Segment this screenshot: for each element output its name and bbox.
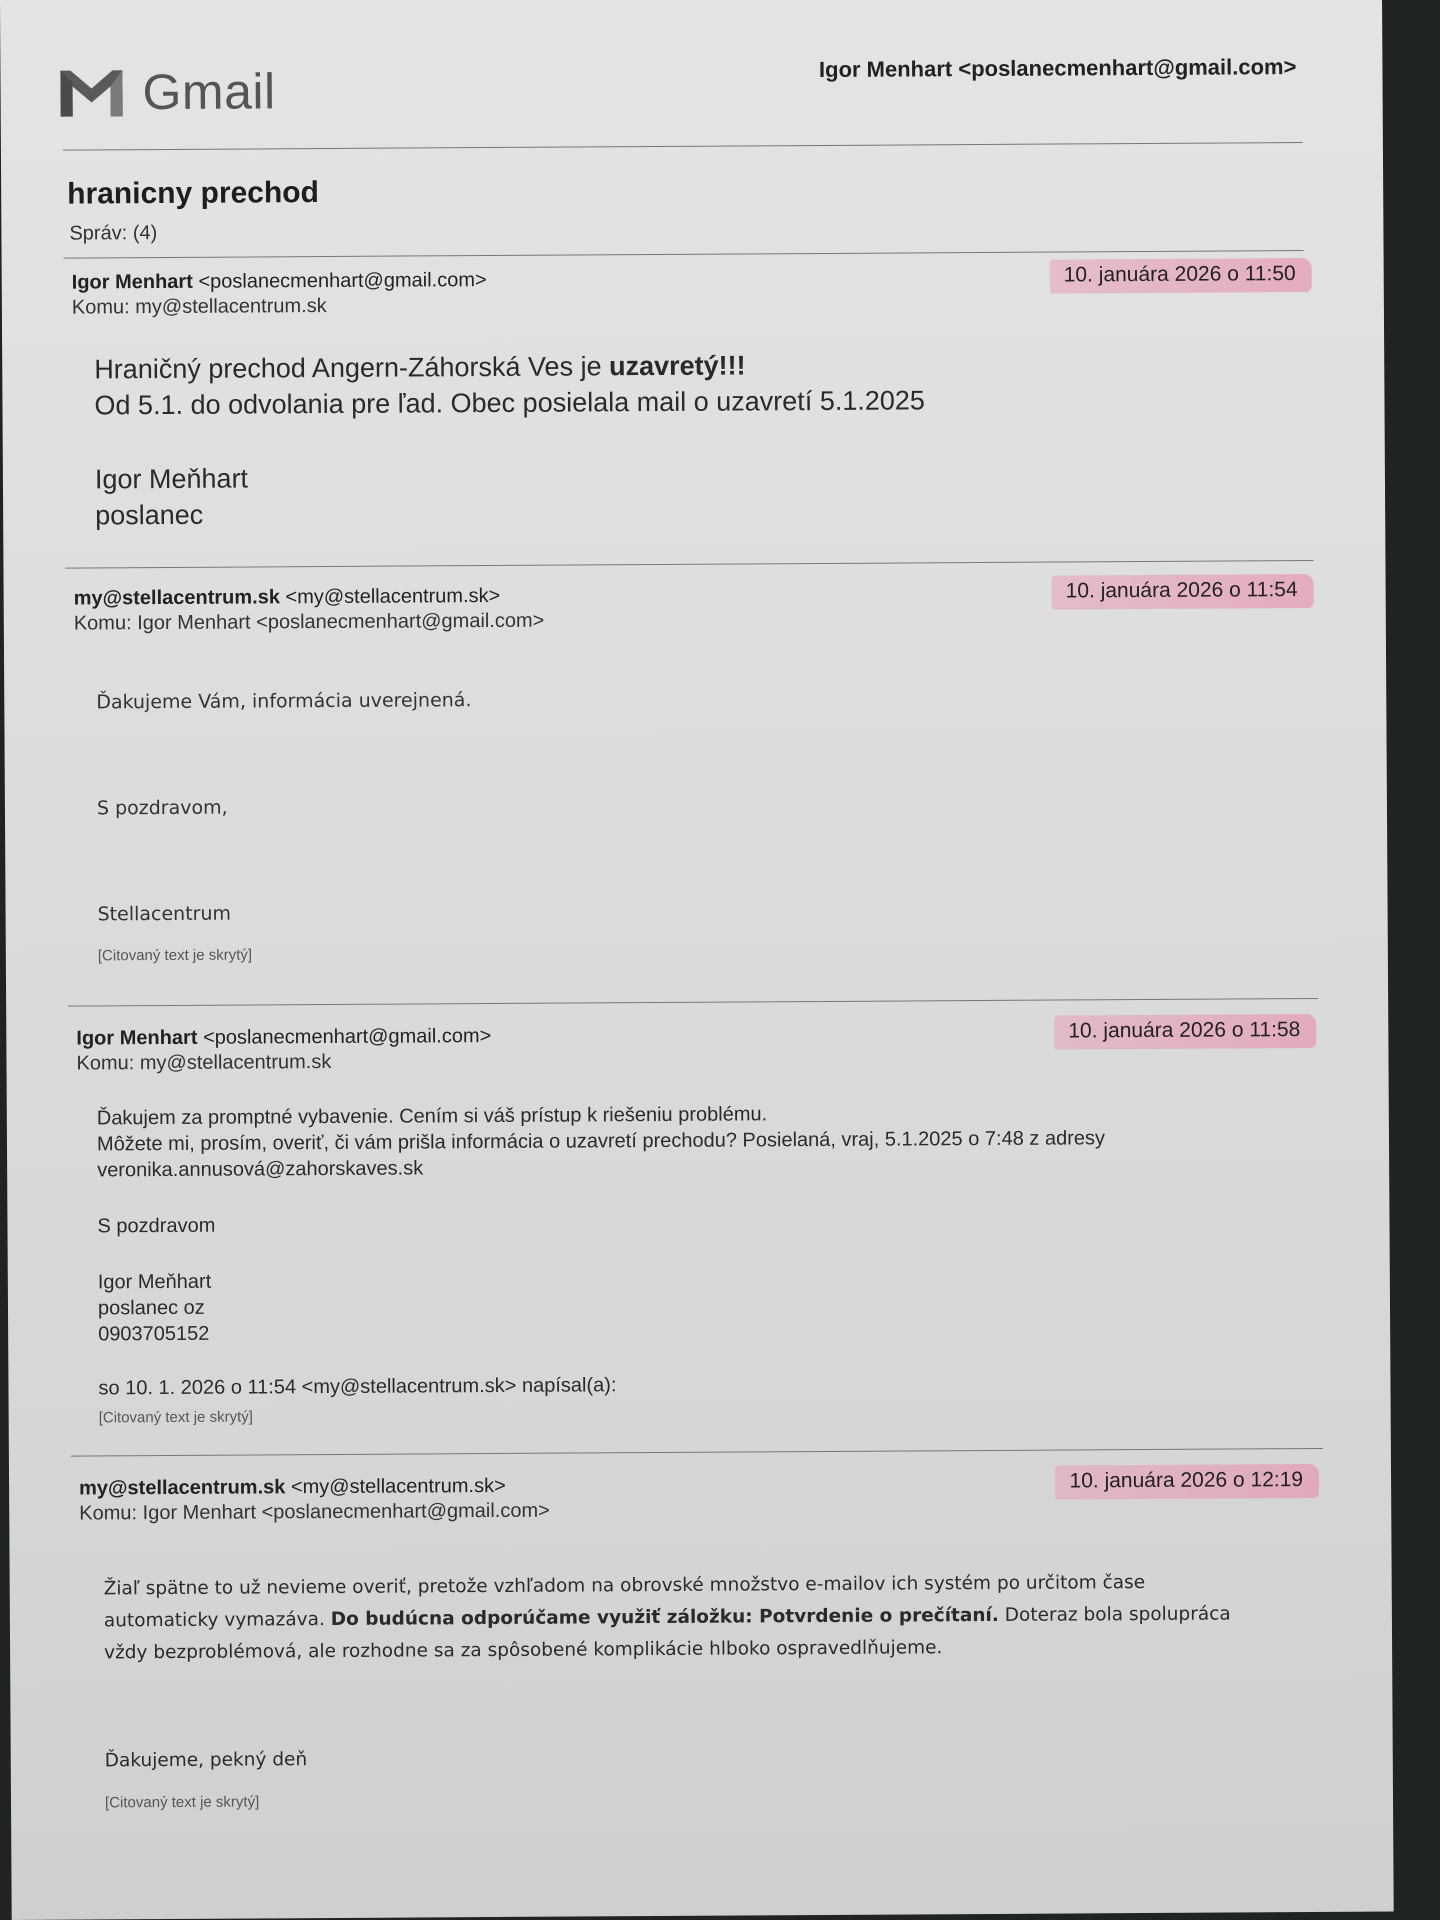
sender-name: Igor Menhart — [72, 271, 193, 294]
message-body: Ďakujeme Vám, informácia uverejnená. S p… — [96, 684, 1346, 965]
message-2: 10. januára 2026 o 11:54 my@stellacentru… — [74, 580, 1346, 965]
divider — [63, 142, 1303, 151]
sender-email: <my@stellacentrum.sk> — [285, 585, 500, 608]
greeting: S pozdravom — [97, 1206, 1347, 1240]
divider — [64, 250, 1304, 259]
message-body: Hraničný prechod Angern-Záhorská Ves je … — [94, 344, 1343, 534]
message-recipient: Komu: Igor Menhart <poslanecmenhart@gmai… — [79, 1495, 1349, 1526]
print-header: Gmail Igor Menhart <poslanecmenhart@gmai… — [56, 54, 1296, 142]
message-1: 10. januára 2026 o 11:50 Igor Menhart <p… — [72, 264, 1344, 534]
gmail-m-icon — [56, 64, 126, 120]
message-date: 10. januára 2026 o 11:50 — [1050, 258, 1312, 294]
sender-name: my@stellacentrum.sk — [79, 1476, 285, 1499]
quoted-text-toggle[interactable]: [Citovaný text je skrytý] — [99, 1398, 1349, 1432]
thread-subject: hranicny prechod — [67, 176, 319, 212]
divider — [71, 1448, 1323, 1457]
reply-header: so 10. 1. 2026 o 11:54 <my@stellacentrum… — [98, 1368, 1348, 1402]
quoted-text-toggle[interactable]: [Citovaný text je skrytý] — [98, 940, 1346, 965]
body-line: vždy bezproblémová, ale rozhodne sa za s… — [104, 1630, 1350, 1670]
signature-title: poslanec — [95, 490, 1343, 534]
message-recipient: Komu: Igor Menhart <poslanecmenhart@gmai… — [74, 605, 1344, 636]
greeting: S pozdravom, — [97, 790, 1345, 820]
body-line: Ďakujeme Vám, informácia uverejnená. — [96, 684, 1344, 714]
signature: Stellacentrum — [98, 896, 1346, 926]
message-date: 10. januára 2026 o 12:19 — [1055, 1464, 1319, 1500]
divider — [68, 998, 1318, 1007]
message-body: Ďakujem za promptné vybavenie. Cením si … — [97, 1098, 1349, 1432]
message-recipient: Komu: my@stellacentrum.sk — [76, 1045, 1346, 1076]
message-date: 10. januára 2026 o 11:54 — [1052, 574, 1314, 610]
divider — [65, 560, 1313, 569]
account-header: Igor Menhart <poslanecmenhart@gmail.com> — [819, 54, 1297, 83]
message-4: 10. januára 2026 o 12:19 my@stellacentru… — [79, 1470, 1351, 1820]
sender-email: <my@stellacentrum.sk> — [291, 1475, 506, 1498]
quoted-text-toggle[interactable]: [Citovaný text je skrytý] — [105, 1780, 1351, 1820]
printed-page: Gmail Igor Menhart <poslanecmenhart@gmai… — [0, 0, 1394, 1920]
sender-name: Igor Menhart — [76, 1027, 197, 1050]
sender-email: <poslanecmenhart@gmail.com> — [203, 1025, 491, 1049]
body-line: Od 5.1. do odvolania pre ľad. Obec posie… — [94, 380, 1342, 424]
message-recipient: Komu: my@stellacentrum.sk — [72, 289, 1342, 320]
gmail-logo: Gmail — [56, 62, 275, 121]
gmail-wordmark: Gmail — [142, 62, 275, 121]
message-body: Žiaľ spätne to už nevieme overiť, pretož… — [104, 1566, 1351, 1820]
sender-name: my@stellacentrum.sk — [74, 586, 280, 609]
sender-email: <poslanecmenhart@gmail.com> — [198, 269, 486, 293]
message-3: 10. januára 2026 o 11:58 Igor Menhart <p… — [76, 1020, 1348, 1432]
message-count: Správ: (4) — [69, 222, 157, 246]
message-date: 10. januára 2026 o 11:58 — [1054, 1014, 1316, 1050]
closing: Ďakujeme, pekný deň — [105, 1738, 1351, 1778]
